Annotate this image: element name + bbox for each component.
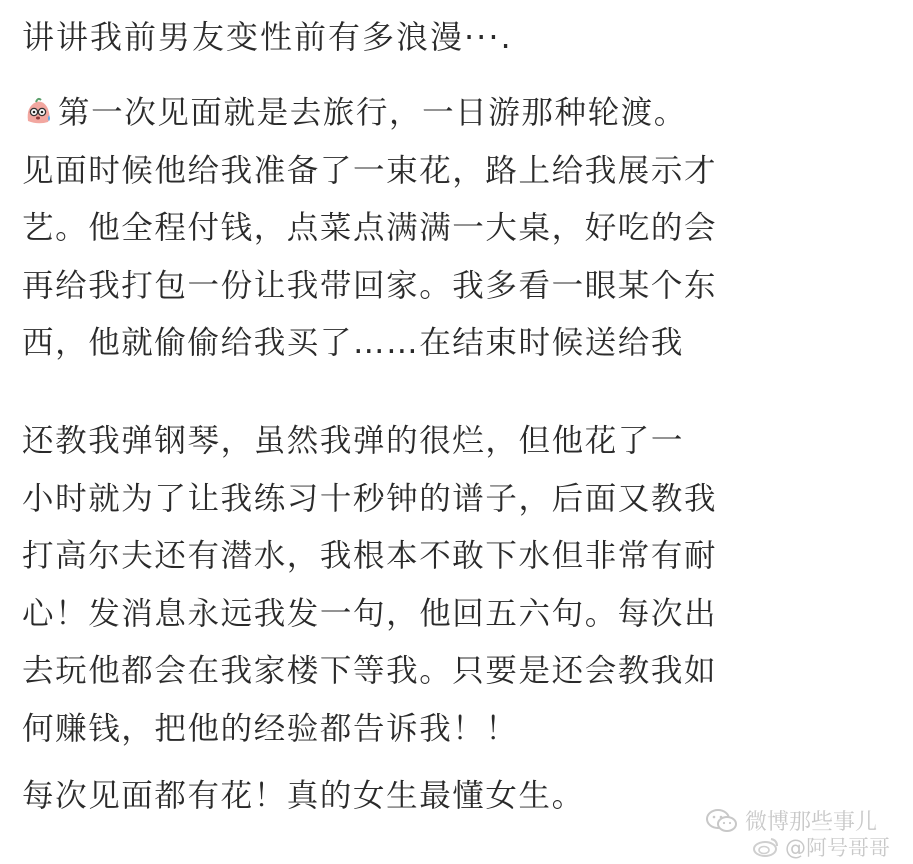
weibo-icon bbox=[753, 837, 779, 857]
text-line: 何赚钱，把他的经验都告诉我！！ bbox=[22, 701, 882, 759]
text-line: 第一次见面就是去旅行，一日游那种轮渡。 bbox=[22, 85, 882, 143]
text-line: 见面时候他给我准备了一束花，路上给我展示才 bbox=[22, 143, 882, 201]
text-line: 打高尔夫还有潜水，我根本不敢下水但非常有耐 bbox=[22, 528, 882, 586]
text-line: 西，他就偷偷给我买了……在结束时候送给我 bbox=[22, 315, 882, 373]
sweating-face-sticker-icon bbox=[22, 95, 54, 127]
text-line: 心！发消息永远我发一句，他回五六句。每次出 bbox=[22, 586, 882, 644]
post-title: 讲讲我前男友变性前有多浪漫···. bbox=[22, 16, 513, 58]
text-line: 去玩他都会在我家楼下等我。只要是还会教我如 bbox=[22, 643, 882, 701]
watermark-author-text: @阿号哥哥 bbox=[785, 832, 890, 862]
wechat-icon bbox=[705, 808, 739, 834]
paragraph-1: 第一次见面就是去旅行，一日游那种轮渡。 见面时候他给我准备了一束花，路上给我展示… bbox=[22, 85, 882, 373]
text-line: 小时就为了让我练习十秒钟的谱子，后面又教我 bbox=[22, 471, 882, 529]
watermark: 微博那些事儿 @阿号哥哥 bbox=[705, 805, 905, 863]
text-line: 艺。他全程付钱，点菜点满满一大桌，好吃的会 bbox=[22, 200, 882, 258]
text-line: 还教我弹钢琴，虽然我弹的很烂，但他花了一 bbox=[22, 413, 882, 471]
paragraph-2: 还教我弹钢琴，虽然我弹的很烂，但他花了一 小时就为了让我练习十秒钟的谱子，后面又… bbox=[22, 413, 882, 758]
text-line: 再给我打包一份让我带回家。我多看一眼某个东 bbox=[22, 258, 882, 316]
watermark-author: @阿号哥哥 bbox=[753, 832, 890, 862]
